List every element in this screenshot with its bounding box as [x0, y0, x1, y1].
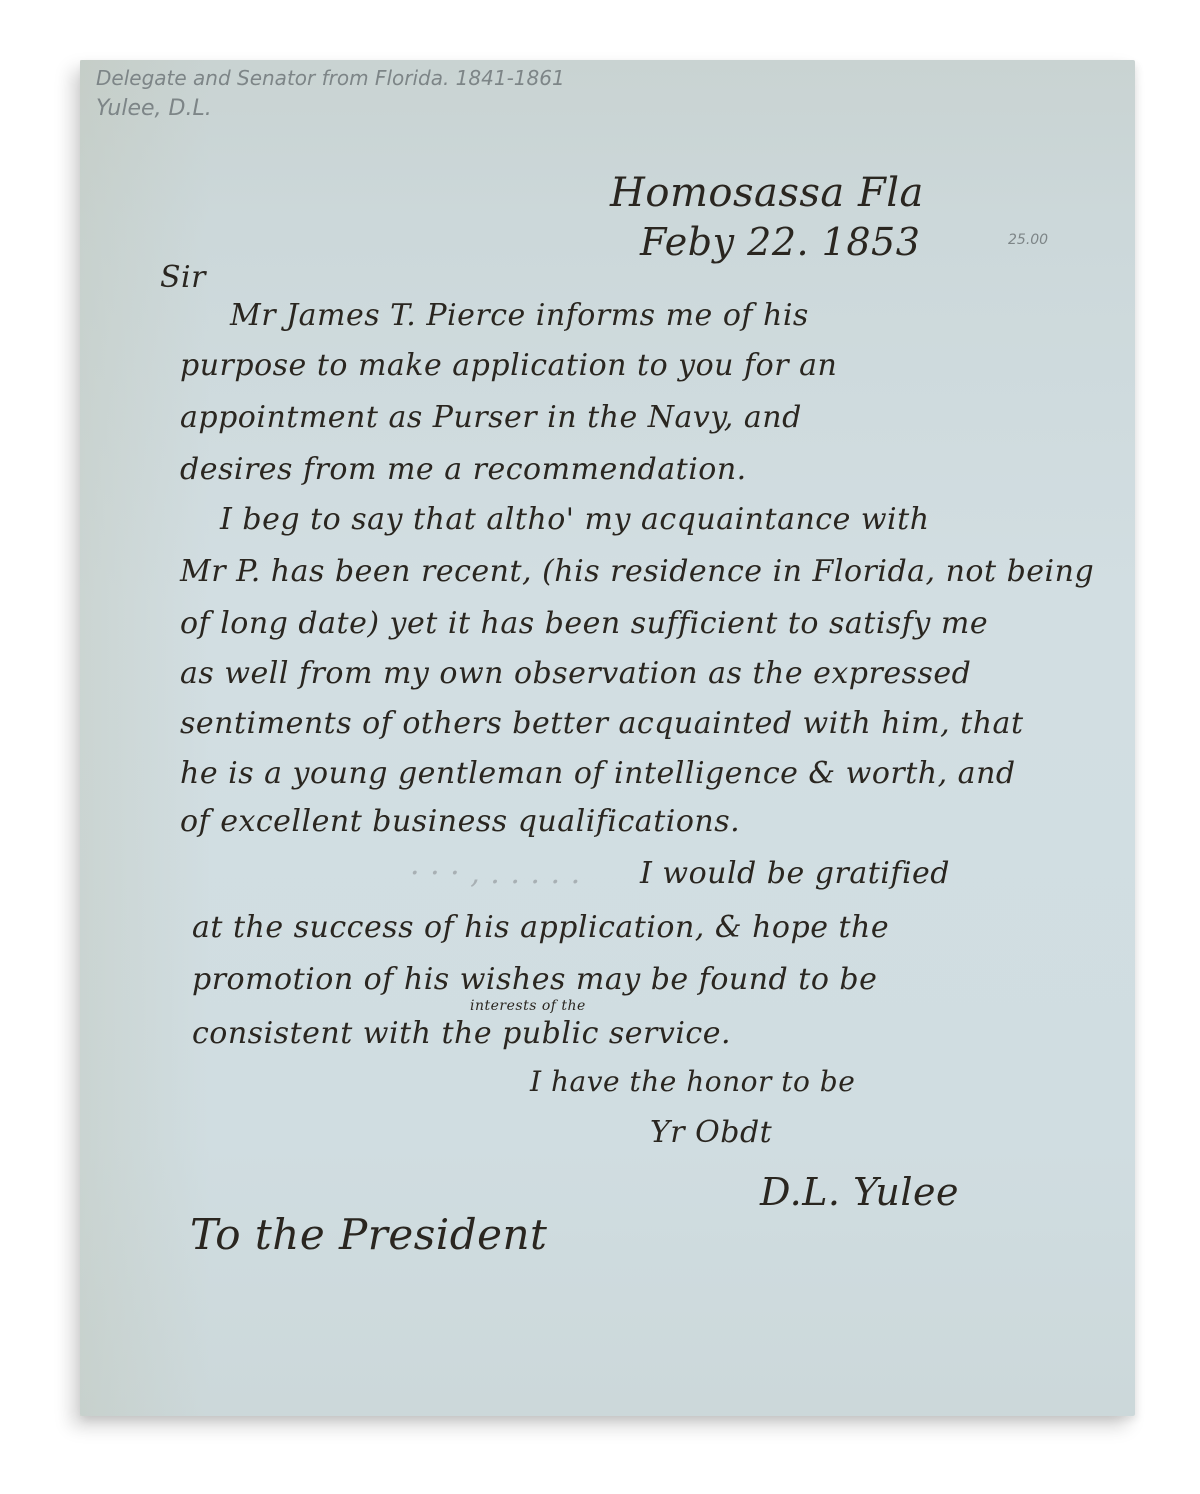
body-line: Mr James T. Pierce informs me of his — [230, 298, 809, 333]
body-line: Mr P. has been recent, (his residence in… — [180, 554, 1094, 589]
body-line: of excellent business qualifications. — [180, 804, 740, 839]
pencil-note-title: Delegate and Senator from Florida. 1841-… — [96, 66, 565, 90]
body-line: of long date) yet it has been sufficient… — [180, 606, 988, 641]
body-line: consistent with the public service. — [192, 1016, 731, 1051]
body-line: promotion of his wishes may be found to … — [192, 962, 877, 997]
faded-text: · · · , . . . . . — [410, 856, 581, 891]
body-line: he is a young gentleman of intelligence … — [180, 756, 1016, 791]
body-line: appointment as Purser in the Navy, and — [180, 400, 802, 435]
body-line: at the success of his application, & hop… — [192, 910, 889, 945]
addressee: To the President — [190, 1210, 547, 1259]
letter-date: Feby 22. 1853 — [640, 220, 920, 264]
salutation: Sir — [160, 260, 206, 295]
letter-paper: Delegate and Senator from Florida. 1841-… — [80, 60, 1135, 1416]
pencil-note-name: Yulee, D.L. — [96, 96, 212, 121]
closing-line: Yr Obdt — [650, 1115, 772, 1150]
body-line: sentiments of others better acquainted w… — [180, 706, 1024, 741]
closing-line: I have the honor to be — [530, 1065, 855, 1098]
letter-place: Homosassa Fla — [610, 170, 924, 216]
body-line: I would be gratified — [640, 856, 950, 891]
interlinear-insert: interests of the — [470, 998, 586, 1014]
body-line: purpose to make application to you for a… — [180, 348, 837, 383]
signature: D.L. Yulee — [760, 1170, 959, 1214]
body-line: as well from my own observation as the e… — [180, 656, 971, 691]
body-line: I beg to say that altho' my acquaintance… — [220, 502, 930, 537]
body-line: desires from me a recommendation. — [180, 452, 747, 487]
pencil-price: 25.00 — [1008, 232, 1048, 248]
